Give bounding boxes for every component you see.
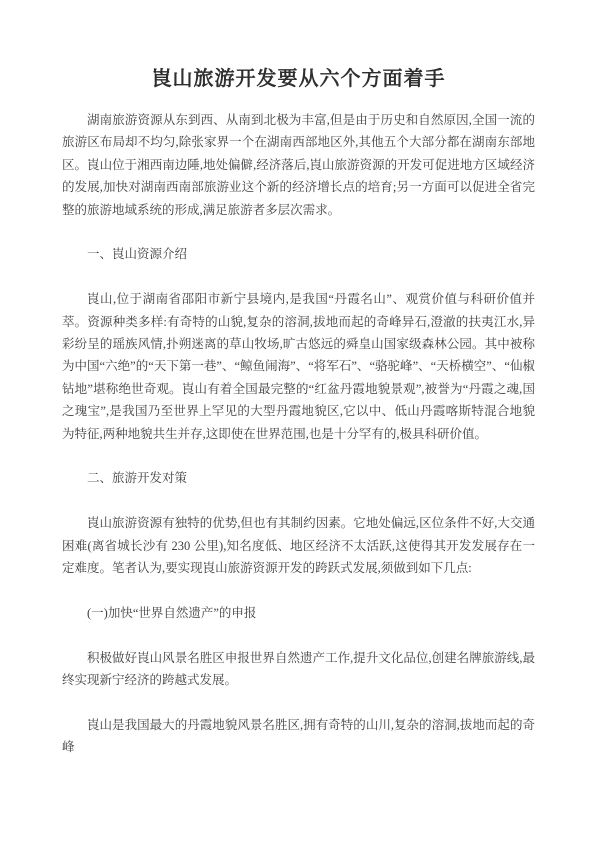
paragraph: 崀山是我国最大的丹霞地貌风景名胜区,拥有奇特的山川,复杂的溶洞,拔地而起的奇峰 xyxy=(62,714,535,759)
paragraph: 湖南旅游资源从东到西、从南到北极为丰富,但是由于历史和自然原因,全国一流的旅游区… xyxy=(62,109,535,221)
document-title: 崀山旅游开发要从六个方面着手 xyxy=(62,64,535,94)
paragraph: 积极做好崀山风景名胜区申报世界自然遗产工作,提升文化品位,创建名牌旅游线,最终实… xyxy=(62,647,535,692)
section-heading: 一、崀山资源介绍 xyxy=(62,243,535,265)
paragraph: 崀山旅游资源有独特的优势,但也有其制约因素。它地处偏远,区位条件不好,大交通困难… xyxy=(62,512,535,579)
section-heading: 二、旅游开发对策 xyxy=(62,467,535,489)
document-page: 崀山旅游开发要从六个方面着手 湖南旅游资源从东到西、从南到北极为丰富,但是由于历… xyxy=(0,0,595,842)
subsection-heading: (一)加快“世界自然遗产”的申报 xyxy=(62,602,535,624)
paragraph: 崀山,位于湖南省邵阳市新宁县境内,是我国“丹霞名山”、观赏价值与科研价值并萃。资… xyxy=(62,288,535,445)
